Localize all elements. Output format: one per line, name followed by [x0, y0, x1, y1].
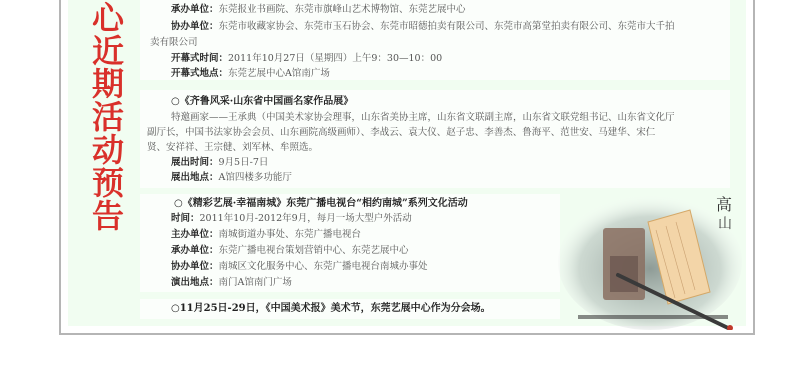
vertical-title: 心 近 期 活 动 预 告 [88, 0, 128, 326]
title-char: 动 [92, 134, 124, 167]
event1-row: 承办单位：东莞报业书画院、东莞市旗峰山艺术博物馆、东莞艺展中心 [147, 3, 466, 17]
event3-row: 演出地点：南门A馆南门广场 [171, 276, 292, 290]
event2-title: ○《齐鲁风采·山东省中国画名家作品展》 [171, 95, 353, 109]
title-char: 预 [92, 167, 124, 200]
event1-row: 开幕式时间：2011年10月27日（星期四）上午9：30—10：00 [147, 52, 442, 66]
title-char: 活 [92, 101, 124, 134]
event3-title: ○《精彩艺展·幸福南城》东莞广播电视台“相约南城”系列文化活动 [174, 197, 468, 211]
event3-row: 时间：2011年10月-2012年9月，每月一场大型户外活动 [171, 212, 412, 226]
event3-row: 主办单位：南城街道办事处、东莞广播电视台 [171, 228, 361, 242]
event3-row: 承办单位：东莞广播电视台策划营销中心、东莞艺展中心 [171, 244, 409, 258]
ink-painting-icon: 高 山 [558, 180, 748, 330]
event2-desc: 副厅长，中国书法家协会会员、山东画院高级画师）、李战云、袁大仪、赵子忠、李善杰、… [147, 126, 655, 140]
event1-row: 开幕式地点：东莞艺展中心A馆南广场 [147, 67, 330, 81]
event3-row: 协办单位：南城区文化服务中心、东莞广播电视台南城办事处 [171, 260, 428, 274]
title-char: 期 [92, 68, 124, 101]
event1-row: 协办单位：东莞市收藏家协会、东莞市玉石协会、东莞市昭德拍卖有限公司、东莞市高第堂… [147, 20, 675, 34]
title-char: 近 [92, 35, 124, 68]
event2-row: 展出地点：A馆四楼多功能厅 [147, 171, 292, 185]
svg-text:高: 高 [716, 195, 732, 214]
event4-title: ○11月25日-29日，《中国美术报》美术节，东莞艺展中心作为分会场。 [171, 302, 491, 316]
event2-desc: 特邀画家——王承典（中国美术家协会理事，山东省美协主席，山东省文联副主席，山东省… [147, 111, 675, 125]
event1-row: 卖有限公司 [150, 36, 198, 50]
svg-text:山: 山 [718, 216, 732, 232]
event2-row: 展出时间：9月5日-7日 [147, 156, 268, 170]
event2-desc: 贤、安祥祥、王宗健、刘军林、牟照选。 [147, 141, 318, 155]
title-char: 心 [92, 2, 124, 35]
title-char: 告 [92, 200, 124, 233]
